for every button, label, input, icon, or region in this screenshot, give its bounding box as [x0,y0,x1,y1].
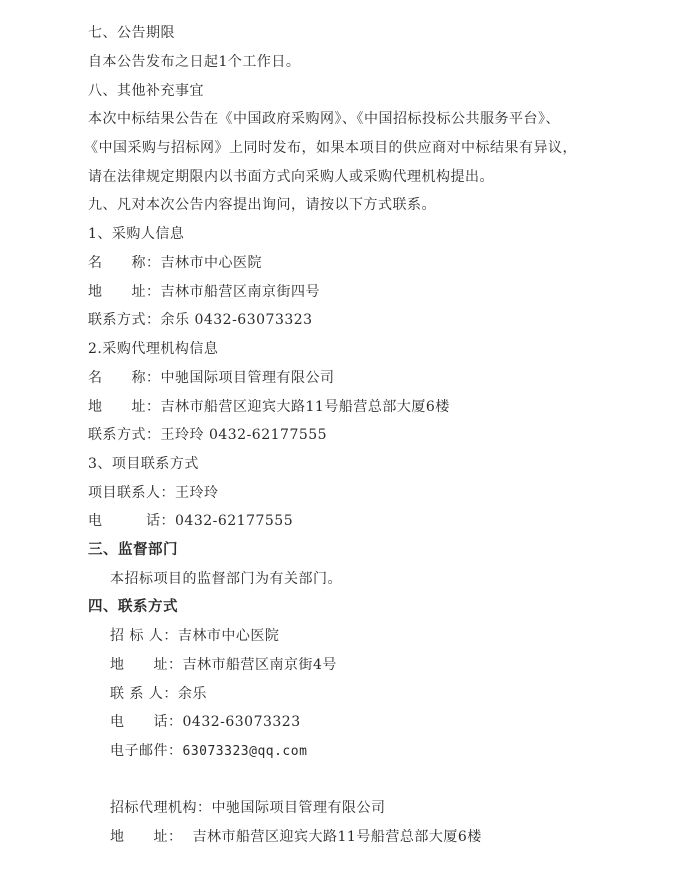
tenderer-name: 吉林市中心医院 [178,628,280,644]
section-9-title: 九、凡对本次公告内容提出询问，请按以下方式联系。 [88,196,436,214]
label: 联 系 人： [110,686,178,702]
label: 名 称： [88,370,161,386]
agency-name-row: 名 称：中驰国际项目管理有限公司 [88,369,335,387]
tenderer-email-row: 电子邮件：63073323@qq.com [110,742,307,761]
purchaser-contact: 余乐 0432-63073323 [161,312,313,328]
supervision-body: 本招标项目的监督部门为有关部门。 [110,570,342,588]
tenderer-phone-row: 电 话：0432-63073323 [110,713,301,731]
purchaser-name: 吉林市中心医院 [161,255,263,271]
agency-contact: 王玲玲 0432-62177555 [161,427,328,443]
section-8-line-1: 本次中标结果公告在《中国政府采购网》、《中国招标投标公共服务平台》、 [88,110,560,128]
agency-title: 2.采购代理机构信息 [88,340,218,358]
project-person: 王玲玲 [175,485,219,501]
purchaser-name-row: 名 称：吉林市中心医院 [88,254,262,272]
section-7-title: 七、公告期限 [88,24,175,42]
label: 联系方式： [88,312,161,328]
supervision-title: 三、监督部门 [88,541,178,559]
project-phone: 0432-62177555 [175,513,293,529]
tenderer-phone: 0432-63073323 [183,714,301,730]
project-title: 3、项目联系方式 [88,455,199,473]
purchaser-contact-row: 联系方式：余乐 0432-63073323 [88,311,313,329]
label: 地 址： [88,399,161,415]
label: 电 话： [88,513,175,529]
label: 名 称： [88,255,161,271]
section-8-title: 八、其他补充事宜 [88,82,204,100]
label: 招 标 人： [110,628,178,644]
contacts-agency-name: 中驰国际项目管理有限公司 [212,800,386,816]
label: 电子邮件： [110,743,183,759]
project-phone-row: 电 话：0432-62177555 [88,512,293,530]
tenderer-addr-row: 地 址：吉林市船营区南京街4号 [110,656,337,674]
contacts-agency-address: 吉林市船营区迎宾大路11号船营总部大厦6楼 [193,829,482,845]
label: 地 址： [110,829,183,845]
agency-contact-row: 联系方式：王玲玲 0432-62177555 [88,426,327,444]
tenderer-row: 招 标 人：吉林市中心医院 [110,627,279,645]
purchaser-address: 吉林市船营区南京街四号 [161,284,321,300]
tenderer-person-row: 联 系 人：余乐 [110,685,207,703]
project-person-row: 项目联系人：王玲玲 [88,484,219,502]
label: 地 址： [110,657,183,673]
tenderer-email: 63073323@qq.com [183,744,308,759]
contacts-title: 四、联系方式 [88,598,178,616]
section-8-line-3: 请在法律规定期限内以书面方式向采购人或采购代理机构提出。 [88,168,494,186]
label: 联系方式： [88,427,161,443]
contacts-agency-row: 招标代理机构：中驰国际项目管理有限公司 [110,799,386,817]
agency-address: 吉林市船营区迎宾大路11号船营总部大厦6楼 [161,399,450,415]
section-7-body: 自本公告发布之日起1个工作日。 [88,53,300,71]
label: 地 址： [88,284,161,300]
section-8-line-2: 《中国采购与招标网》上同时发布，如果本项目的供应商对中标结果有异议， [84,139,577,157]
label: 招标代理机构： [110,800,212,816]
purchaser-title: 1、采购人信息 [88,225,184,243]
agency-addr-row: 地 址：吉林市船营区迎宾大路11号船营总部大厦6楼 [88,398,450,416]
contacts-agency-addr-row: 地 址：吉林市船营区迎宾大路11号船营总部大厦6楼 [110,828,482,846]
tenderer-address: 吉林市船营区南京街4号 [183,657,337,673]
agency-name: 中驰国际项目管理有限公司 [161,370,335,386]
label: 项目联系人： [88,485,175,501]
tenderer-person: 余乐 [178,686,207,702]
purchaser-addr-row: 地 址：吉林市船营区南京街四号 [88,283,320,301]
label: 电 话： [110,714,183,730]
